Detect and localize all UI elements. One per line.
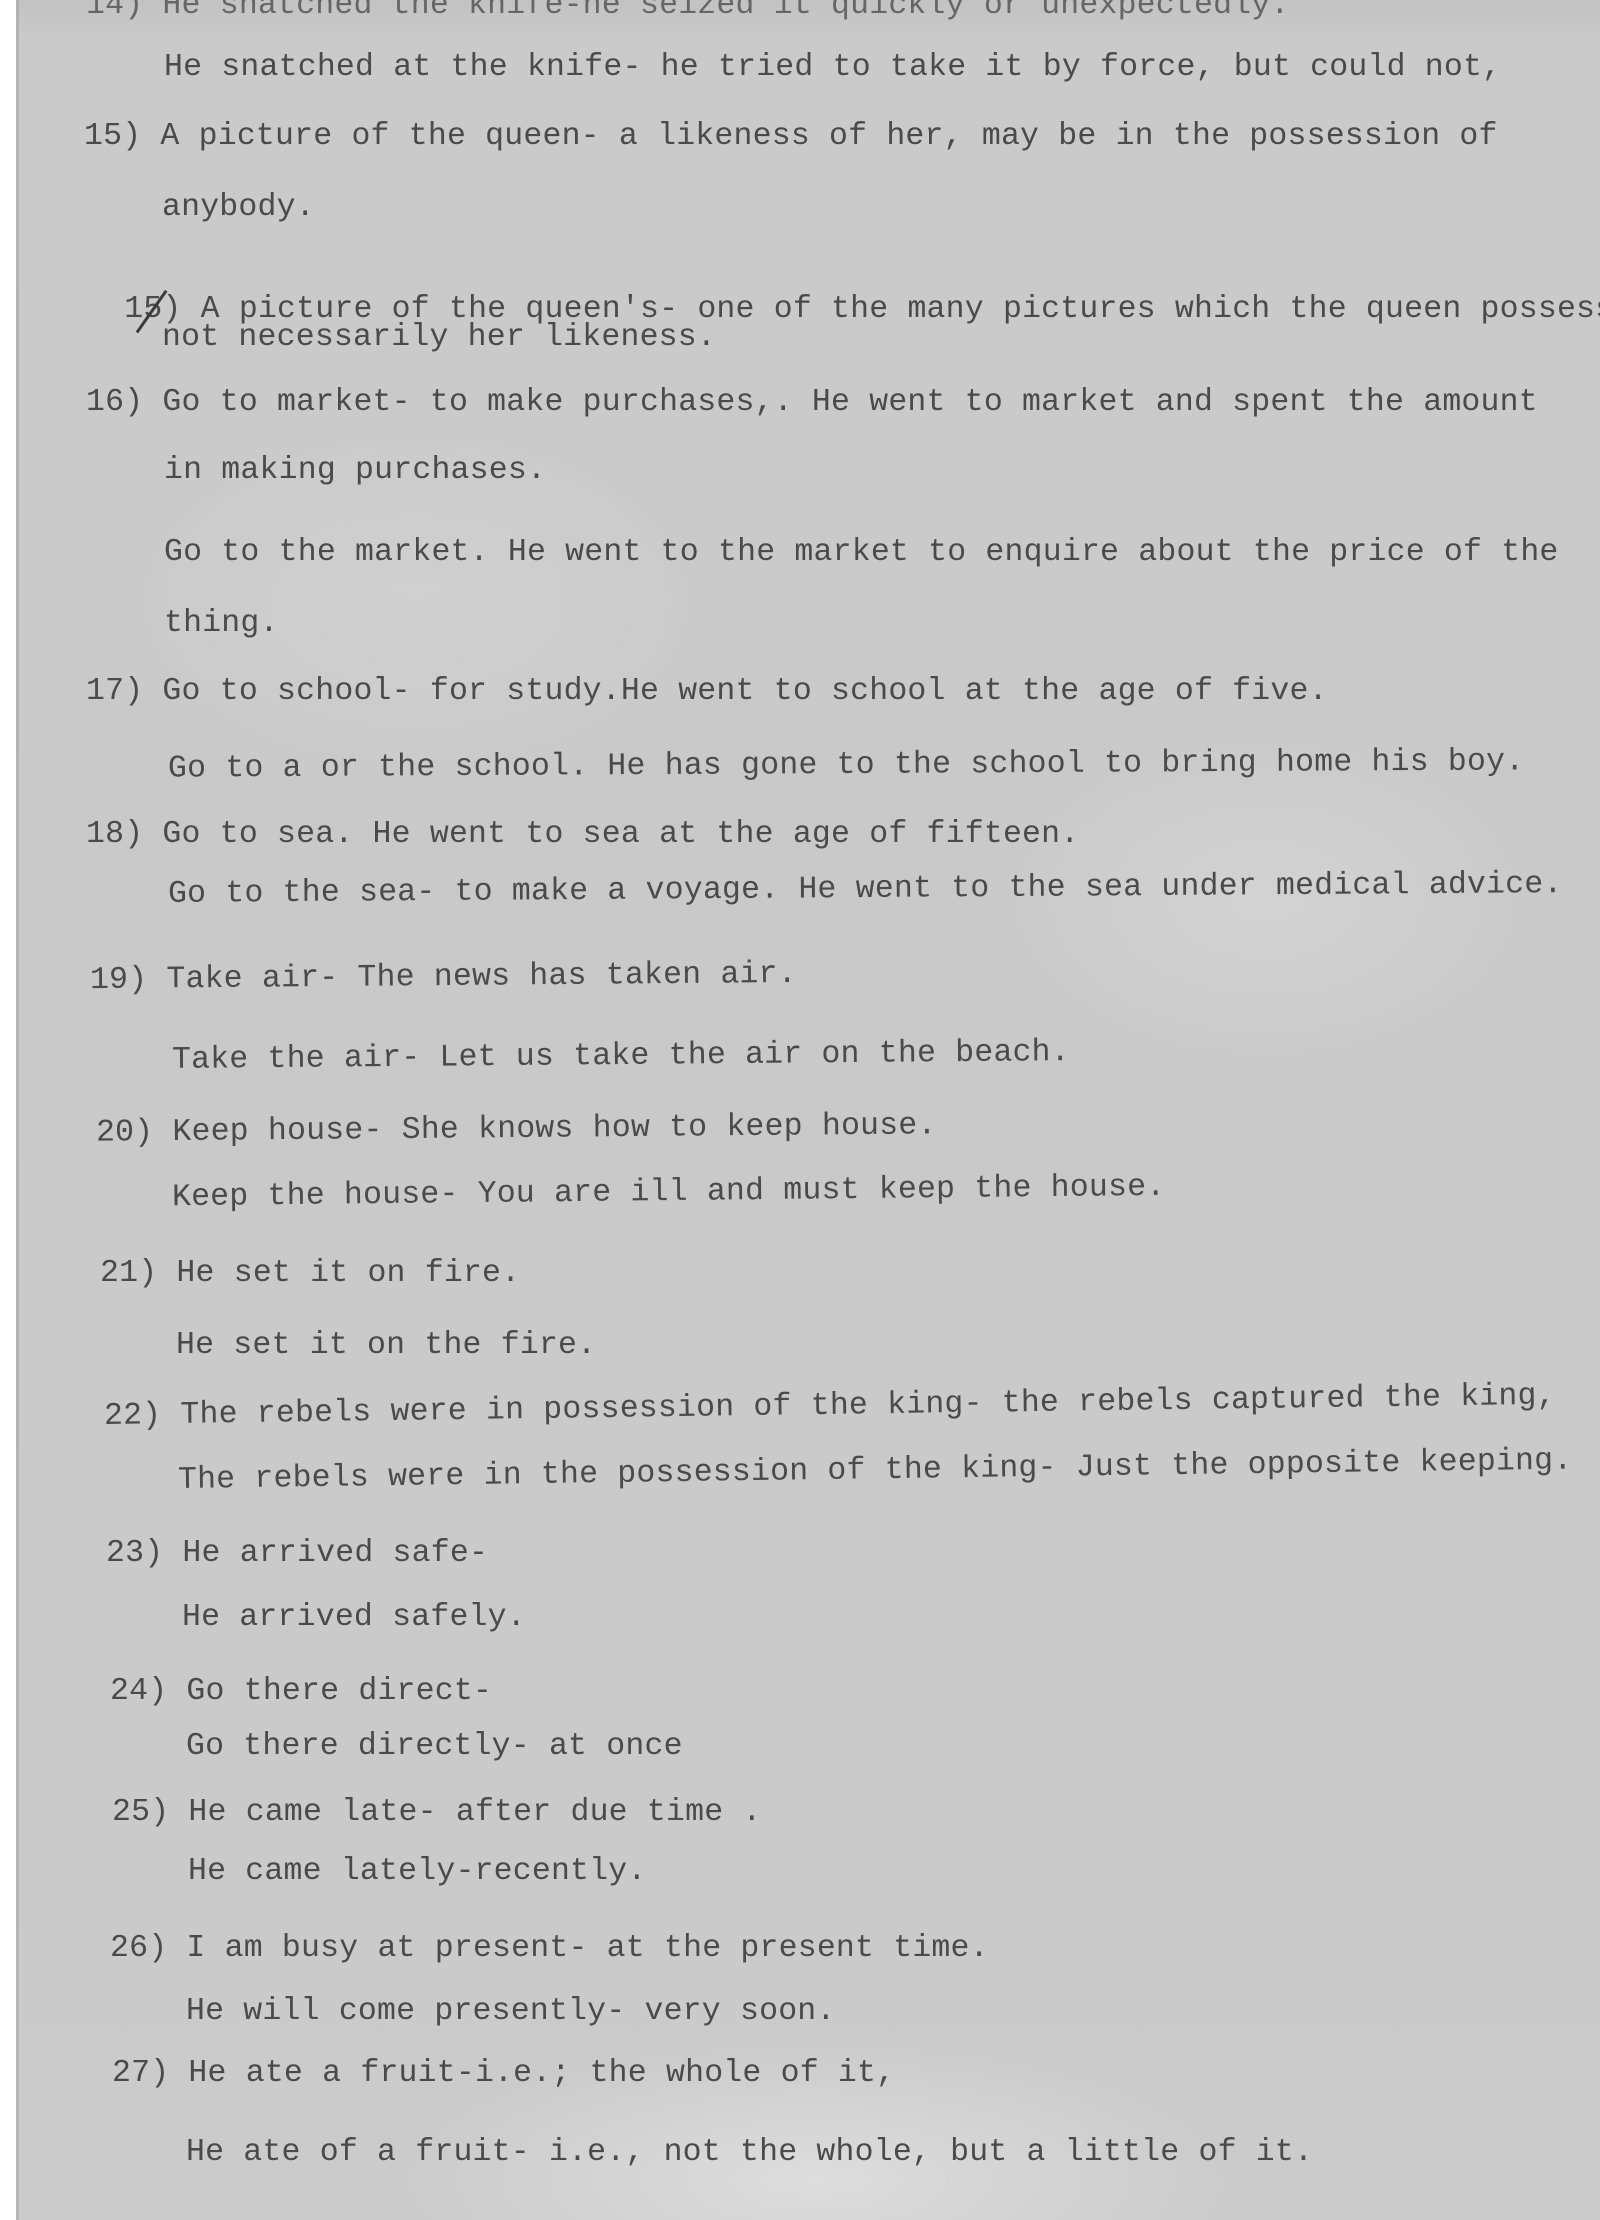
entry-17-usage-1: 17) Go to school- for study.He went to s…	[86, 672, 1328, 712]
entry-15-usage-1: 15) A picture of the queen- a likeness o…	[84, 117, 1498, 157]
entry-20-usage-1: 20) Keep house- She knows how to keep ho…	[96, 1106, 937, 1153]
entry-14-usage-2: He snatched at the knife- he tried to ta…	[164, 48, 1501, 88]
page-edge	[16, 0, 19, 2220]
entry-16-usage-2: Go to the market. He went to the market …	[164, 533, 1559, 573]
entry-16-usage-2-cont: thing.	[164, 604, 279, 644]
entry-26-usage-1: 26) I am busy at present- at the present…	[110, 1929, 989, 1969]
entry-21-usage-2: He set it on the fire.	[176, 1326, 596, 1366]
entry-25-usage-2: He came lately-recently.	[188, 1852, 646, 1892]
entry-16-usage-1: 16) Go to market- to make purchases,. He…	[86, 383, 1538, 423]
entry-27-usage-1: 27) He ate a fruit-i.e.; the whole of it…	[112, 2054, 895, 2094]
entry-16-usage-1-cont: in making purchases.	[164, 451, 546, 491]
entry-24-usage-2: Go there directly- at once	[186, 1727, 683, 1767]
entry-15-usage-1-cont: anybody.	[162, 188, 315, 228]
entry-26-usage-2: He will come presently- very soon.	[186, 1992, 836, 2032]
entry-14-usage-1: 14) He snatched the knife-he seized it q…	[86, 0, 1290, 26]
entry-23-usage-2: He arrived safely.	[182, 1598, 526, 1638]
entry-23-usage-1: 23) He arrived safe-	[106, 1534, 488, 1574]
entry-21-usage-1: 21) He set it on fire.	[100, 1254, 520, 1294]
entry-25-usage-1: 25) He came late- after due time .	[112, 1793, 762, 1833]
entry-18-usage-1: 18) Go to sea. He went to sea at the age…	[86, 815, 1079, 855]
entry-27-usage-2: He ate of a fruit- i.e., not the whole, …	[186, 2133, 1313, 2173]
entry-19-usage-1: 19) Take air- The news has taken air.	[90, 955, 797, 1001]
entry-15-usage-2-cont: not necessarily her likeness.	[162, 318, 716, 358]
entry-19-usage-2: Take the air- Let us take the air on the…	[172, 1033, 1070, 1081]
entry-24-usage-1: 24) Go there direct-	[110, 1672, 492, 1712]
entry-17-usage-2: Go to a or the school. He has gone to th…	[168, 742, 1525, 789]
